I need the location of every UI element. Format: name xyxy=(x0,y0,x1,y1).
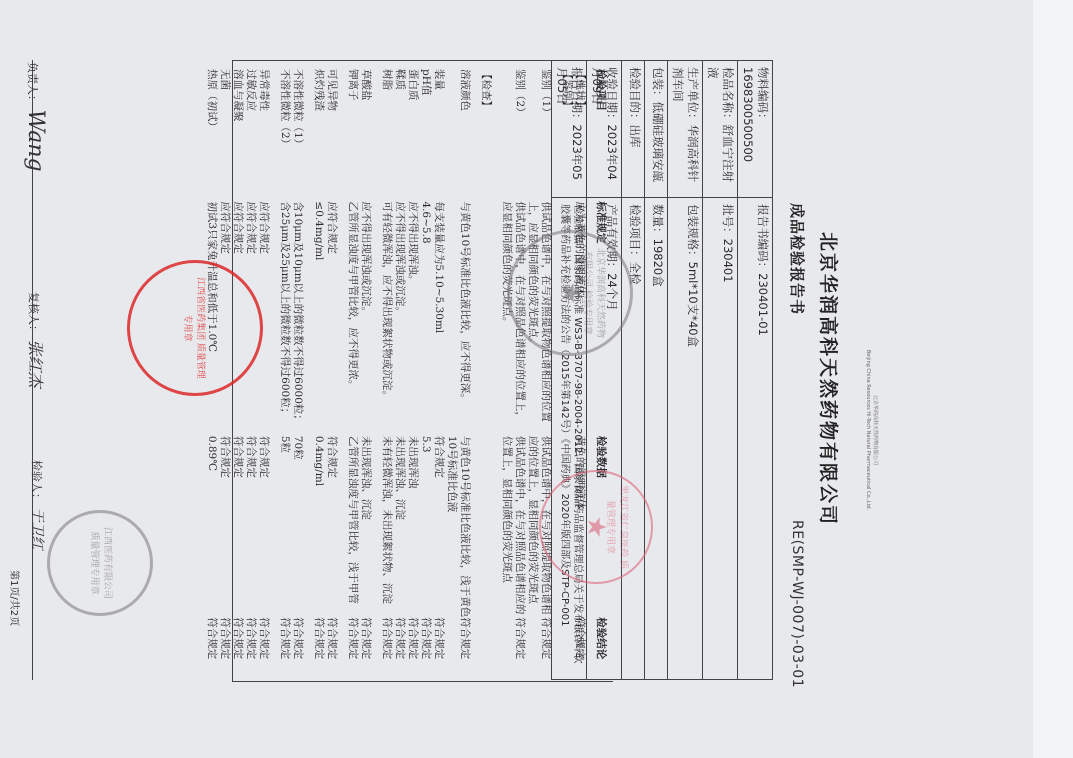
qa-stamp: ★北京华润高科天然药物有限公司 检验专用章 xyxy=(507,230,633,356)
data-cell: 与黄色10号标准比色液比较，浅于黄色10号标准比色液 xyxy=(445,432,471,617)
conclusion-cell: 符合规定 xyxy=(205,617,218,681)
table-row: 装量每支装量应为5.10~5.30ml符合规定符合规定 xyxy=(432,61,445,681)
standard-cell: 每支装量应为5.10~5.30ml xyxy=(432,201,445,431)
standard-cell: 应不得出现浑浊或沉淀。 xyxy=(393,201,406,431)
conclusion-cell: 符合规定 xyxy=(380,617,393,681)
qa-stamp-text: 北京华润高科天然药物有限公司 检验专用章 xyxy=(582,245,608,341)
package-spec: 包装规格：5ml*10支*40盒 xyxy=(668,198,703,680)
item-cell: 鉴别（1） xyxy=(526,61,552,201)
data-cell: 符合规定 xyxy=(325,432,338,617)
item-cell: 鉴别（2） xyxy=(500,61,526,201)
conclusion-cell: 符合规定 xyxy=(244,617,257,681)
item-cell: 装量 xyxy=(432,61,445,201)
standard-cell: 应符合规定 xyxy=(325,201,338,431)
data-cell: 符合规定 xyxy=(244,432,257,617)
standard-cell: 应不得出现浑浊或沉淀。 xyxy=(359,201,372,431)
standard-cell: 与黄色10号标准比色液比较，应不得更深。 xyxy=(445,201,471,431)
reviewer-label: 复核人： xyxy=(27,292,40,336)
inspector-signature: 检验人： 于卫红 xyxy=(28,460,48,550)
item-cell: 钾离子 xyxy=(346,61,359,201)
conclusion-cell: 符合规定 xyxy=(291,617,304,681)
pink-stamp-text: 黑龙江省仁皇医药 质量管理专用章 xyxy=(605,483,631,571)
document-code: RE(SMP-WJ-007)-03-01 xyxy=(789,520,805,688)
conclusion-cell: 符合规定 xyxy=(325,617,338,681)
conclusion-cell: 符合规定 xyxy=(419,617,432,681)
standard-cell: 含25μm及25μm以上的微粒数不得过600粒； xyxy=(278,201,291,431)
standard-cell: ≤0.4mg/ml xyxy=(312,201,325,431)
data-cell: 符合规定 xyxy=(218,432,231,617)
conclusion-cell: 符合规定 xyxy=(432,617,445,681)
test-purpose: 检验目的：出库 xyxy=(622,61,645,198)
standard-cell: 应不得出现浑浊。 xyxy=(406,201,419,431)
packaging: 包装：低硼硅玻璃安瓿 xyxy=(645,61,668,198)
item-cell: 可见异物 xyxy=(325,61,338,201)
table-row: 异常毒性应符合规定符合规定符合规定 xyxy=(257,61,270,681)
conclusion-cell: 符合规定 xyxy=(257,617,270,681)
page-number: 第1页/共2页 xyxy=(8,570,23,626)
table-row: 鉴别（2）供试品色谱中，在与对照品色谱相应的位置上，应显相同颜色的荧光斑点。供试… xyxy=(500,61,526,681)
table-row: 【鉴别】 xyxy=(560,61,573,681)
company-small-cn: 北京华润高科天然药物有限公司 xyxy=(871,330,878,530)
standard-cell xyxy=(479,201,492,431)
conclusion-cell xyxy=(479,617,492,681)
item-cell: 蛋白质 xyxy=(406,61,419,201)
standard-cell: 含10μm及10μm以上的微粒数不得过6000粒； xyxy=(291,201,304,431)
pink-stamp: ★黑龙江省仁皇医药 质量管理专用章 xyxy=(539,470,653,584)
responsible-sig: Wang xyxy=(23,110,48,172)
conclusion-cell: 符合规定 xyxy=(526,617,552,681)
data-cell: 乙管所显浊度与甲管比较，浅于甲管 xyxy=(346,432,359,617)
inspector-sig: 于卫红 xyxy=(29,508,45,550)
material-code: 物料编码：1698300500500 xyxy=(738,61,773,198)
item-cell: 溶血与凝聚 xyxy=(231,61,244,201)
item-cell: 不溶性微粒（1） xyxy=(291,61,304,201)
results-rows: 【性状】应为黄色的澄明液体。黄色的澄明液体符合规定【鉴别】鉴别（1）供试品色谱中… xyxy=(205,61,586,681)
data-cell: 符合规定 xyxy=(257,432,270,617)
table-row: pH值4.6~5.85.3符合规定 xyxy=(419,61,432,681)
responsible-label: 负责人： xyxy=(26,62,39,106)
quantity: 数量：19820盒 xyxy=(645,198,668,680)
conclusion-cell: 符合规定 xyxy=(231,617,244,681)
conclusion-cell: 符合规定 xyxy=(393,617,406,681)
table-row: 可见异物应符合规定符合规定符合规定 xyxy=(325,61,338,681)
batch-number: 批号：230401 xyxy=(703,198,738,680)
gray-stamp-text: 江西医药有限公司 质量管理专用章 xyxy=(89,523,115,603)
data-cell: 5.3 xyxy=(419,432,432,617)
company-small-en: Beijing China Resources Hi-Tech Natural … xyxy=(864,330,871,530)
data-cell: 未出现浑浊、沉淀 xyxy=(359,432,372,617)
table-row: 【性状】应为黄色的澄明液体。黄色的澄明液体符合规定 xyxy=(573,61,586,681)
table-row: 鉴别（1）供试品色谱中，在与对照提取物色谱相应的位置上，应显相同颜色的荧光斑点。… xyxy=(526,61,552,681)
data-cell: 供试品色谱中，在与对照品色谱相应的位置上，显相同颜色的荧光斑点 xyxy=(500,432,526,617)
table-row: 溶液颜色与黄色10号标准比色液比较，应不得更深。与黄色10号标准比色液比较，浅于… xyxy=(445,61,471,681)
table-row: 不溶性微粒（2）含25μm及25μm以上的微粒数不得过600粒；5粒符合规定 xyxy=(278,61,291,681)
results-table: 检验项目 标准规定 检验数据 检验结论 【性状】应为黄色的澄明液体。黄色的澄明液… xyxy=(232,60,613,682)
data-cell: 0.4mg/ml xyxy=(312,432,325,617)
inspection-report-page: 北京华润高科天然药物有限公司 Beijing China Resources H… xyxy=(0,0,1033,758)
conclusion-cell: 符合规定 xyxy=(312,617,325,681)
item-cell: 热原（初试） xyxy=(205,61,218,201)
red-stamp-text: 江西省医药集团 质量管理专用章 xyxy=(182,276,208,380)
product-name: 检品名称：舒血宁注射液 xyxy=(703,61,738,198)
header-conclusion: 检验结论 xyxy=(594,617,609,681)
item-cell: 溶液颜色 xyxy=(445,61,471,201)
standard-cell: 4.6~5.8 xyxy=(419,201,432,431)
data-cell: 未出现浑浊 xyxy=(406,432,419,617)
table-row: 鞣质应不得出现浑浊或沉淀。未出现浑浊、沉淀符合规定 xyxy=(393,61,406,681)
report-number: 报告书编码：230401-01 xyxy=(738,198,773,680)
conclusion-cell: 符合规定 xyxy=(278,617,291,681)
item-cell: 过敏反应 xyxy=(244,61,257,201)
standard-cell: 乙管所显浊度与甲管比较，应不得更浓。 xyxy=(346,201,359,431)
data-cell: 70粒 xyxy=(291,432,304,617)
table-row: 钾离子乙管所显浊度与甲管比较，应不得更浓。乙管所显浊度与甲管比较，浅于甲管符合规… xyxy=(346,61,359,681)
inspector-label: 检验人： xyxy=(30,460,43,504)
conclusion-cell: 符合规定 xyxy=(500,617,526,681)
manufacturer: 生产单位：华润高科针剂车间 xyxy=(668,61,703,198)
data-cell: 符合规定 xyxy=(231,432,244,617)
conclusion-cell: 符合规定 xyxy=(346,617,359,681)
item-cell: pH值 xyxy=(419,61,432,201)
conclusion-cell: 符合规定 xyxy=(406,617,419,681)
conclusion-cell xyxy=(560,617,573,681)
red-stamp: 江西省医药集团 质量管理专用章 xyxy=(127,260,263,396)
item-cell: 【鉴别】 xyxy=(560,61,573,201)
company-small-header: 北京华润高科天然药物有限公司 Beijing China Resources H… xyxy=(864,330,878,530)
item-cell: 草酸盐 xyxy=(359,61,372,201)
table-row: 蛋白质应不得出现浑浊。未出现浑浊符合规定 xyxy=(406,61,419,681)
item-cell: 【性状】 xyxy=(573,61,586,201)
conclusion-cell: 符合规定 xyxy=(573,617,586,681)
data-cell xyxy=(479,432,492,617)
item-cell: 鞣质 xyxy=(393,61,406,201)
conclusion-cell: 符合规定 xyxy=(218,617,231,681)
table-row: 草酸盐应不得出现浑浊或沉淀。未出现浑浊、沉淀符合规定 xyxy=(359,61,372,681)
data-cell: 0.89℃ xyxy=(205,432,218,617)
data-cell: 未有轻微浑浊，未出现絮状物、沉淀 xyxy=(380,432,393,617)
item-cell: 不溶性微粒（2） xyxy=(278,61,291,201)
table-row: 【检查】 xyxy=(479,61,492,681)
reviewer-signature: 复核人： 张红杰 xyxy=(25,292,48,388)
gray-stamp: 江西医药有限公司 质量管理专用章 xyxy=(47,510,153,616)
item-cell: 【检查】 xyxy=(479,61,492,201)
data-cell: 未出现浑浊、沉淀 xyxy=(393,432,406,617)
responsible-signature: 负责人： Wang xyxy=(23,62,48,172)
item-cell: 炽灼残渣 xyxy=(312,61,325,201)
data-cell: 符合规定 xyxy=(432,432,445,617)
company-name: 北京华润高科天然药物有限公司 xyxy=(816,0,843,758)
reviewer-sig: 张红杰 xyxy=(26,340,45,388)
table-row: 不溶性微粒（1）含10μm及10μm以上的微粒数不得过6000粒；70粒符合规定 xyxy=(291,61,304,681)
conclusion-cell: 符合规定 xyxy=(359,617,372,681)
conclusion-cell: 符合规定 xyxy=(445,617,471,681)
table-row: 树脂可有轻微浑浊，应不得出现絮状物或沉淀。未有轻微浑浊，未出现絮状物、沉淀符合规… xyxy=(380,61,393,681)
results-header: 检验项目 标准规定 检验数据 检验结论 xyxy=(594,61,609,681)
data-cell: 5粒 xyxy=(278,432,291,617)
table-row: 炽灼残渣≤0.4mg/ml0.4mg/ml符合规定 xyxy=(312,61,325,681)
item-cell: 无菌 xyxy=(218,61,231,201)
standard-cell: 可有轻微浑浊，应不得出现絮状物或沉淀。 xyxy=(380,201,393,431)
item-cell: 异常毒性 xyxy=(257,61,270,201)
header-item: 检验项目 xyxy=(594,61,609,201)
item-cell: 树脂 xyxy=(380,61,393,201)
scan-margin xyxy=(1032,0,1073,758)
